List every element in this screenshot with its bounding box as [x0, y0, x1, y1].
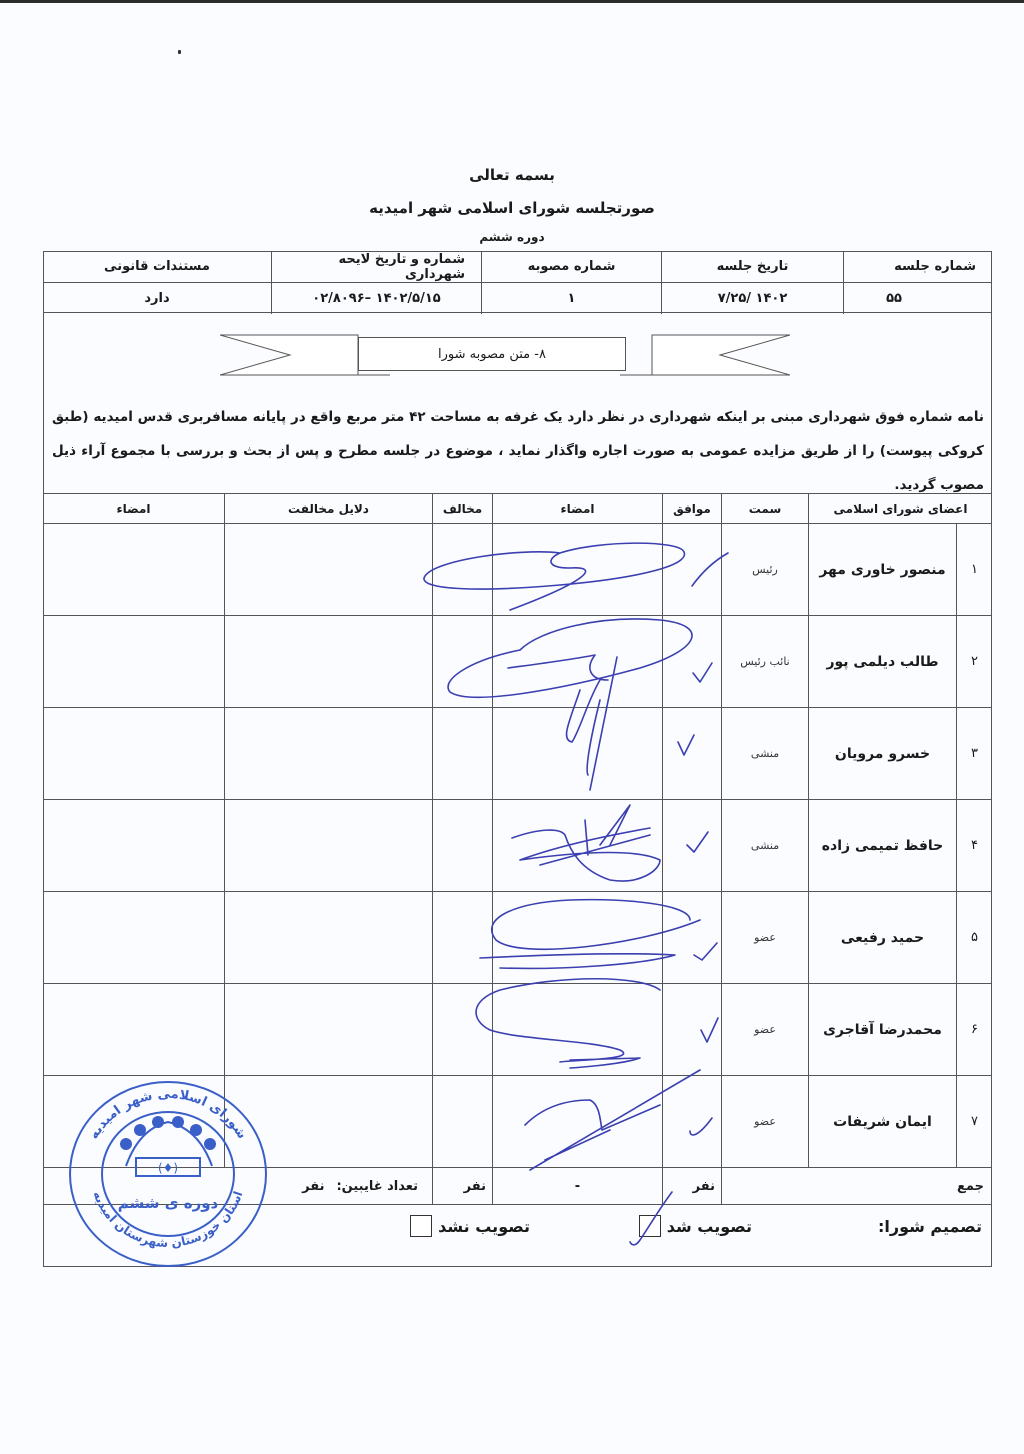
meta-header-bill-number-date: شماره و تاریخ لایحه شهرداری — [271, 251, 481, 282]
absent-unit: نفر — [302, 1179, 324, 1194]
votes-header-members: اعضای شورای اسلامی — [808, 494, 992, 523]
member-role: عضو — [721, 1076, 808, 1167]
member-index: ۱ — [956, 524, 992, 615]
oppose-cell — [432, 984, 492, 1075]
member-index: ۳ — [956, 708, 992, 799]
reason-cell — [224, 1076, 432, 1167]
summary-agree-count: نفر — [662, 1168, 721, 1204]
resolution-text: نامه شماره فوق شهرداری مبنی بر اینکه شهر… — [52, 400, 984, 502]
decision-approved-label: تصویب شد — [667, 1217, 752, 1236]
member-index: ۵ — [956, 892, 992, 983]
signature2-cell — [43, 616, 224, 707]
member-role: عضو — [721, 892, 808, 983]
section-title: ۸- متن مصوبه شورا — [358, 337, 626, 371]
scan-speck — [178, 50, 181, 54]
summary-oppose-count: نفر — [432, 1168, 492, 1204]
member-role: منشی — [721, 708, 808, 799]
meta-resolution-number: ۱ — [481, 283, 661, 314]
meta-legal-documents: دارد — [43, 283, 271, 314]
votes-header-agree: موافق — [662, 494, 721, 523]
oppose-cell — [432, 708, 492, 799]
rejected-checkbox[interactable] — [410, 1215, 432, 1237]
signature2-cell — [43, 524, 224, 615]
decision-row: تصمیم شورا: تصویب شد تصویب نشد — [43, 1204, 992, 1250]
meta-value-row: ۵۵ ۱۴۰۲ /۷/۲۵ ۱ ۱۴۰۲/۵/۱۵ –۰۲/۸۰۹۶ دارد — [43, 282, 992, 313]
member-row: ۲ طالب دیلمی پور نائب رئیس — [43, 615, 992, 707]
signature2-cell — [43, 892, 224, 983]
meta-bill-number-date: ۱۴۰۲/۵/۱۵ –۰۲/۸۰۹۶ — [271, 283, 481, 314]
reason-cell — [224, 892, 432, 983]
decision-rejected-label: تصویب نشد — [438, 1217, 530, 1236]
agree-cell — [662, 524, 721, 615]
oppose-cell — [432, 1076, 492, 1167]
reason-cell — [224, 616, 432, 707]
decision-rejected-option[interactable]: تصویب نشد — [410, 1215, 530, 1237]
oppose-cell — [432, 524, 492, 615]
signature2-cell — [43, 984, 224, 1075]
member-row: ۶ محمدرضا آقاجری عضو — [43, 983, 992, 1075]
signature-cell — [492, 892, 662, 983]
member-role: رئیس — [721, 524, 808, 615]
signature-cell — [492, 708, 662, 799]
member-name: حافظ تمیمی زاده — [808, 800, 956, 891]
member-row: ۳ خسرو مرویان منشی — [43, 707, 992, 799]
member-role: نائب رئیس — [721, 616, 808, 707]
signature2-cell — [43, 800, 224, 891]
meta-header-legal-documents: مستندات قانونی — [43, 251, 271, 282]
summary-dash: - — [492, 1168, 662, 1204]
reason-cell — [224, 984, 432, 1075]
signature2-cell — [43, 1076, 224, 1167]
meta-header-session-date: تاریخ جلسه — [661, 251, 843, 282]
votes-header-row: اعضای شورای اسلامی سمت موافق امضاء مخالف… — [43, 493, 992, 523]
meta-table: شماره جلسه تاریخ جلسه شماره مصوبه شماره … — [43, 251, 992, 313]
votes-header-oppose: مخالف — [432, 494, 492, 523]
summary-absent: تعداد غایبین: نفر — [43, 1168, 432, 1204]
member-index: ۲ — [956, 616, 992, 707]
signature-cell — [492, 984, 662, 1075]
meta-header-session-number: شماره جلسه — [843, 251, 992, 282]
oppose-cell — [432, 616, 492, 707]
member-name: حمید رفیعی — [808, 892, 956, 983]
agree-cell — [662, 1076, 721, 1167]
approved-checkbox[interactable] — [639, 1215, 661, 1237]
member-role: عضو — [721, 984, 808, 1075]
oppose-cell — [432, 800, 492, 891]
member-name: محمدرضا آقاجری — [808, 984, 956, 1075]
signature-cell — [492, 616, 662, 707]
votes-table: اعضای شورای اسلامی سمت موافق امضاء مخالف… — [43, 493, 992, 1250]
meta-header-row: شماره جلسه تاریخ جلسه شماره مصوبه شماره … — [43, 251, 992, 282]
member-index: ۷ — [956, 1076, 992, 1167]
agree-cell — [662, 984, 721, 1075]
reason-cell — [224, 708, 432, 799]
reason-cell — [224, 524, 432, 615]
signature-cell — [492, 1076, 662, 1167]
absent-label: تعداد غایبین: — [336, 1179, 418, 1194]
oppose-cell — [432, 892, 492, 983]
agree-cell — [662, 708, 721, 799]
document-title: صورتجلسه شورای اسلامی شهر امیدیه — [0, 199, 1024, 217]
council-term: دوره ششم — [0, 230, 1024, 244]
member-name: ایمان شریفات — [808, 1076, 956, 1167]
votes-header-signature: امضاء — [492, 494, 662, 523]
signature-cell — [492, 800, 662, 891]
signature2-cell — [43, 708, 224, 799]
member-role: منشی — [721, 800, 808, 891]
member-index: ۶ — [956, 984, 992, 1075]
meta-session-date: ۱۴۰۲ /۷/۲۵ — [661, 283, 843, 314]
member-row: ۷ ایمان شریفات عضو — [43, 1075, 992, 1167]
member-index: ۴ — [956, 800, 992, 891]
agree-cell — [662, 800, 721, 891]
member-name: منصور خاوری مهر — [808, 524, 956, 615]
member-row: ۱ منصور خاوری مهر رئیس — [43, 523, 992, 615]
member-name: خسرو مرویان — [808, 708, 956, 799]
decision-approved-option[interactable]: تصویب شد — [639, 1215, 752, 1237]
meta-header-resolution-number: شماره مصوبه — [481, 251, 661, 282]
votes-header-signature2: امضاء — [43, 494, 224, 523]
signature-cell — [492, 524, 662, 615]
scan-edge — [0, 0, 1024, 3]
agree-cell — [662, 616, 721, 707]
summary-label: جمع — [721, 1168, 992, 1204]
meta-session-number: ۵۵ — [843, 283, 992, 314]
summary-row: جمع نفر - نفر تعداد غایبین: نفر — [43, 1167, 992, 1204]
votes-header-role: سمت — [721, 494, 808, 523]
member-name: طالب دیلمی پور — [808, 616, 956, 707]
member-row: ۵ حمید رفیعی عضو — [43, 891, 992, 983]
reason-cell — [224, 800, 432, 891]
agree-cell — [662, 892, 721, 983]
votes-header-reasons: دلایل مخالفت — [224, 494, 432, 523]
member-row: ۴ حافظ تمیمی زاده منشی — [43, 799, 992, 891]
invocation: بسمه تعالی — [0, 166, 1024, 184]
decision-label: تصمیم شورا: — [878, 1217, 982, 1236]
